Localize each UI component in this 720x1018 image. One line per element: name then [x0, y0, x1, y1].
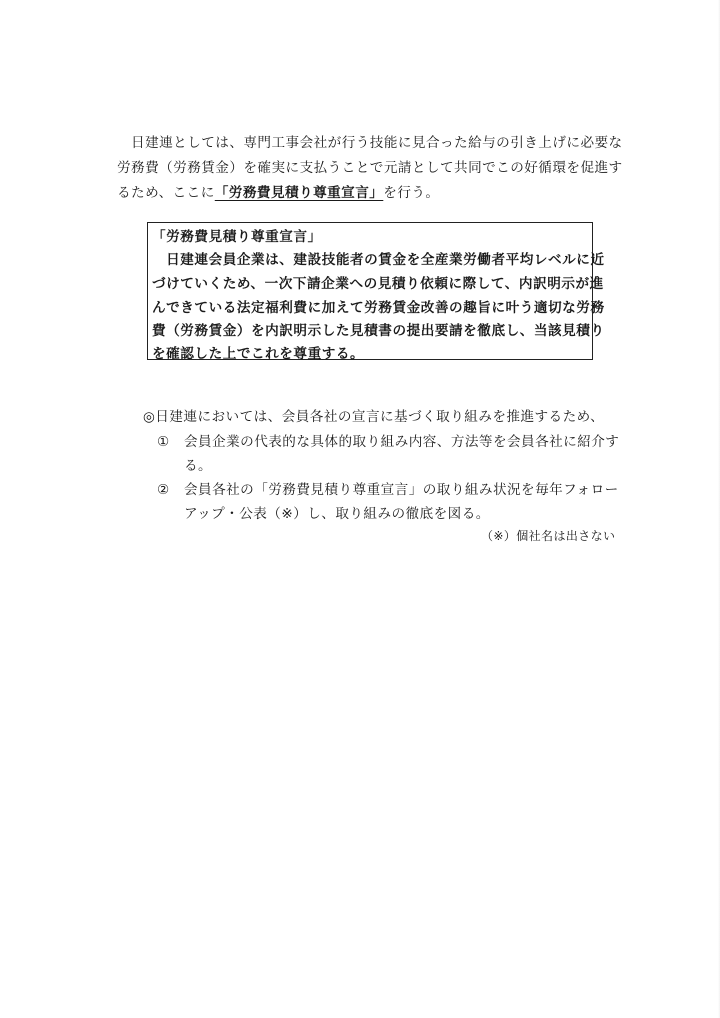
declaration-line-1: 日建連会員企業は、建設技能者の賃金を全産業労働者平均レベルに近 — [152, 251, 605, 269]
intro-line-3: るため、ここに「労務費見積り尊重宣言」を行う。 — [117, 184, 439, 202]
intro-line-3-prefix: るため、ここに — [117, 185, 215, 201]
measure-2-line-2: アップ・公表（※）し、取り組みの徹底を図る。 — [184, 505, 490, 523]
footnote: （※）個社名は出さない — [481, 527, 615, 544]
measure-2-marker: ② — [157, 481, 170, 499]
declaration-line-5: を確認した上でこれを尊重する。 — [152, 345, 364, 363]
declaration-title-inline: 「労務費見積り尊重宣言」 — [215, 185, 384, 201]
measure-1-line-2: る。 — [184, 457, 212, 475]
declaration-line-4: 費（労務賃金）を内訳明示した見積書の提出要請を徹底し、当該見積り — [152, 322, 605, 340]
document-page: 日建連としては、専門工事会社が行う技能に見合った給与の引き上げに必要な 労務費（… — [0, 0, 720, 1018]
intro-line-2: 労務費（労務賃金）を確実に支払うことで元請として共同でこの好循環を促進す — [117, 159, 623, 177]
declaration-heading: 「労務費見積り尊重宣言」 — [152, 228, 322, 246]
measure-1-line-1: 会員企業の代表的な具体的取り組み内容、方法等を会員各社に紹介す — [184, 433, 619, 451]
measures-lead: ◎日建連においては、会員各社の宣言に基づく取り組みを推進するため、 — [143, 408, 604, 426]
measure-1-marker: ① — [157, 433, 170, 451]
declaration-line-2: づけていくため、一次下請企業への見積り依頼に際して、内訳明示が進 — [152, 275, 604, 293]
intro-line-3-suffix: を行う。 — [383, 185, 439, 201]
measure-2-line-1: 会員各社の「労務費見積り尊重宣言」の取り組み状況を毎年フォロー — [184, 481, 619, 499]
declaration-line-3: んできている法定福利費に加えて労務賃金改善の趣旨に叶う適切な労務 — [152, 299, 605, 317]
intro-line-1: 日建連としては、専門工事会社が行う技能に見合った給与の引き上げに必要な — [117, 134, 623, 152]
